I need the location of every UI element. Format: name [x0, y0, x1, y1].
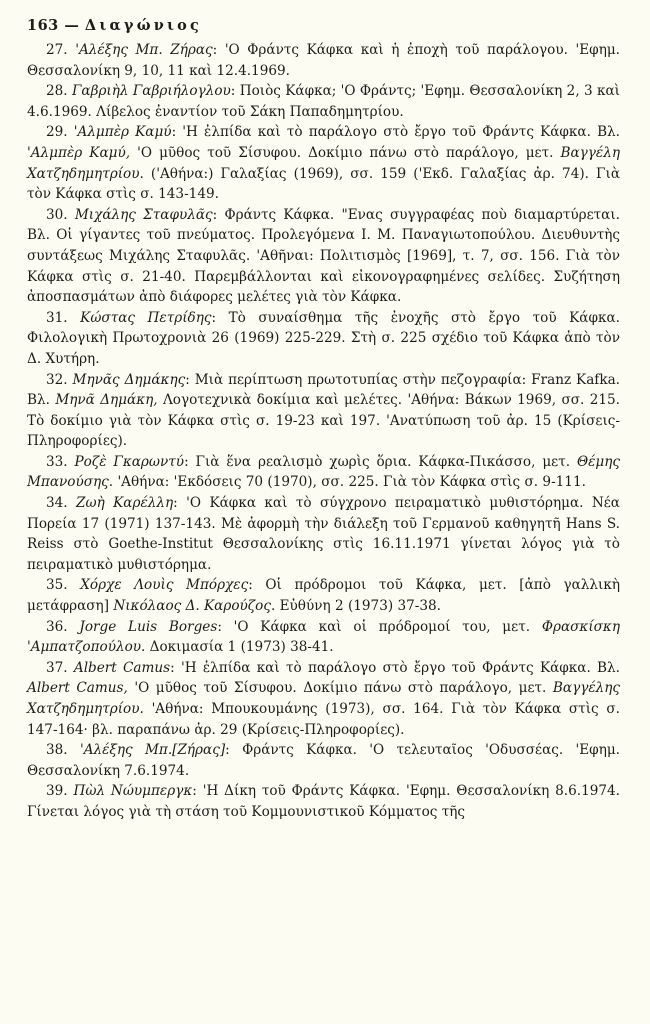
entry-text: 'Ο μῦθος τοῦ Σίσυφου. Δοκίμιο πάνω στὸ π… [128, 680, 553, 696]
entry-author-or-title: Μηνᾶς Δημάκης [73, 372, 186, 388]
page-number: 163 [27, 17, 59, 34]
bibliography-entry: 31. Κώστας Πετρίδης: Τὸ συναίσθημα τῆς ἐ… [27, 308, 620, 370]
bibliography-entry: 28. Γαβριὴλ Γαβριήλογλου: Ποιὸς Κάφκα; '… [27, 81, 620, 122]
entry-text: 'Ο μῦθος τοῦ Σίσυφου. Δοκίμιο πάνω στὸ π… [130, 145, 560, 161]
entry-number: 30. [46, 207, 75, 223]
entry-number: 27. [46, 42, 75, 58]
bibliography-entry: 27. 'Αλέξης Μπ. Ζήρας: 'Ο Φράντς Κάφκα κ… [27, 40, 620, 81]
entry-number: 33. [46, 454, 75, 470]
entry-number: 36. [46, 619, 79, 635]
bibliography-entry: 36. Jorge Luis Borges: 'Ο Κάφκα καὶ οἱ π… [27, 617, 620, 658]
entry-number: 31. [46, 310, 80, 326]
entry-author-or-title: Ροζὲ Γκαρωντύ [75, 454, 185, 470]
entry-author-or-title: Κώστας Πετρίδης [80, 310, 211, 326]
entry-number: 39. [46, 783, 74, 799]
running-head: 163 — Διαγώνιος [27, 17, 202, 34]
entry-author-or-title: Χόρχε Λουὶς Μπόρχες [80, 577, 248, 593]
running-head-dash: — [59, 17, 85, 34]
bibliography-list: 27. 'Αλέξης Μπ. Ζήρας: 'Ο Φράντς Κάφκα κ… [27, 40, 620, 823]
entry-text: : 'Η ἐλπίδα καὶ τὸ παράλογο στὸ ἔργο τοῦ… [170, 660, 620, 676]
entry-text: . Εὐθύνη 2 (1973) 37-38. [271, 598, 441, 614]
entry-number: 35. [46, 577, 80, 593]
bibliography-entry: 34. Ζωὴ Καρέλλη: 'Ο Κάφκα καὶ τὸ σύγχρον… [27, 493, 620, 575]
entry-number: 29. [46, 124, 74, 140]
journal-title: Διαγώνιος [85, 17, 202, 34]
entry-author-or-title: Νικόλαος Δ. Καρούζος [113, 598, 271, 614]
entry-text: : 'Ο Κάφκα καὶ οἱ πρόδρομοί του, μετ. [217, 619, 542, 635]
entry-author-or-title: Albert Camus, [27, 680, 128, 696]
entry-author-or-title: Jorge Luis Borges [79, 619, 217, 635]
entry-number: 32. [46, 372, 73, 388]
bibliography-entry: 32. Μηνᾶς Δημάκης: Μιὰ περίπτωση πρωτοτυ… [27, 370, 620, 452]
entry-author-or-title: 'Αλμπὲρ Καμύ [74, 124, 172, 140]
entry-author-or-title: Γαβριὴλ Γαβριήλογλου [72, 83, 231, 99]
entry-number: 28. [46, 83, 72, 99]
entry-author-or-title: Μηνᾶ Δημάκη, [55, 392, 157, 408]
entry-author-or-title: Πὼλ Νώυμπεργκ [74, 783, 193, 799]
entry-text: . 'Αθήνα: 'Εκδόσεις 70 (1970), σσ. 225. … [109, 474, 586, 490]
bibliography-entry: 37. Albert Camus: 'Η ἐλπίδα καὶ τὸ παράλ… [27, 658, 620, 740]
entry-author-or-title: 'Αλέξης Μπ. Ζήρας [75, 42, 212, 58]
bibliography-entry: 39. Πὼλ Νώυμπεργκ: 'Η Δίκη τοῦ Φράντς Κά… [27, 781, 620, 822]
entry-author-or-title: Μιχάλης Σταφυλᾶς [75, 207, 213, 223]
entry-number: 34. [46, 495, 76, 511]
entry-number: 37. [46, 660, 74, 676]
book-page: 163 — Διαγώνιος 27. 'Αλέξης Μπ. Ζήρας: '… [0, 0, 650, 1024]
bibliography-entry: 29. 'Αλμπὲρ Καμύ: 'Η ἐλπίδα καὶ τὸ παράλ… [27, 122, 620, 204]
entry-author-or-title: Albert Camus [74, 660, 170, 676]
entry-text: : Γιὰ ἕνα ρεαλισμὸ χωρὶς ὅρια. Κάφκα-Πικ… [184, 454, 577, 470]
bibliography-entry: 38. 'Αλέξης Μπ.[Ζήρας]: Φράντς Κάφκα. 'Ο… [27, 740, 620, 781]
entry-author-or-title: Ζωὴ Καρέλλη [76, 495, 173, 511]
bibliography-entry: 35. Χόρχε Λουὶς Μπόρχες: Οἱ πρόδρομοι το… [27, 575, 620, 616]
bibliography-entry: 33. Ροζὲ Γκαρωντύ: Γιὰ ἕνα ρεαλισμὸ χωρὶ… [27, 452, 620, 493]
bibliography-entry: 30. Μιχάλης Σταφυλᾶς: Φράντς Κάφκα. "Ενα… [27, 205, 620, 308]
entry-author-or-title: 'Αλμπὲρ Καμύ, [27, 145, 130, 161]
entry-number: 38. [46, 742, 80, 758]
entry-author-or-title: 'Αλέξης Μπ.[Ζήρας] [80, 742, 225, 758]
entry-text: : 'Η ἐλπίδα καὶ τὸ παράλογο στὸ ἔργο τοῦ… [172, 124, 620, 140]
entry-text: . Δοκιμασία 1 (1973) 38-41. [141, 639, 334, 655]
